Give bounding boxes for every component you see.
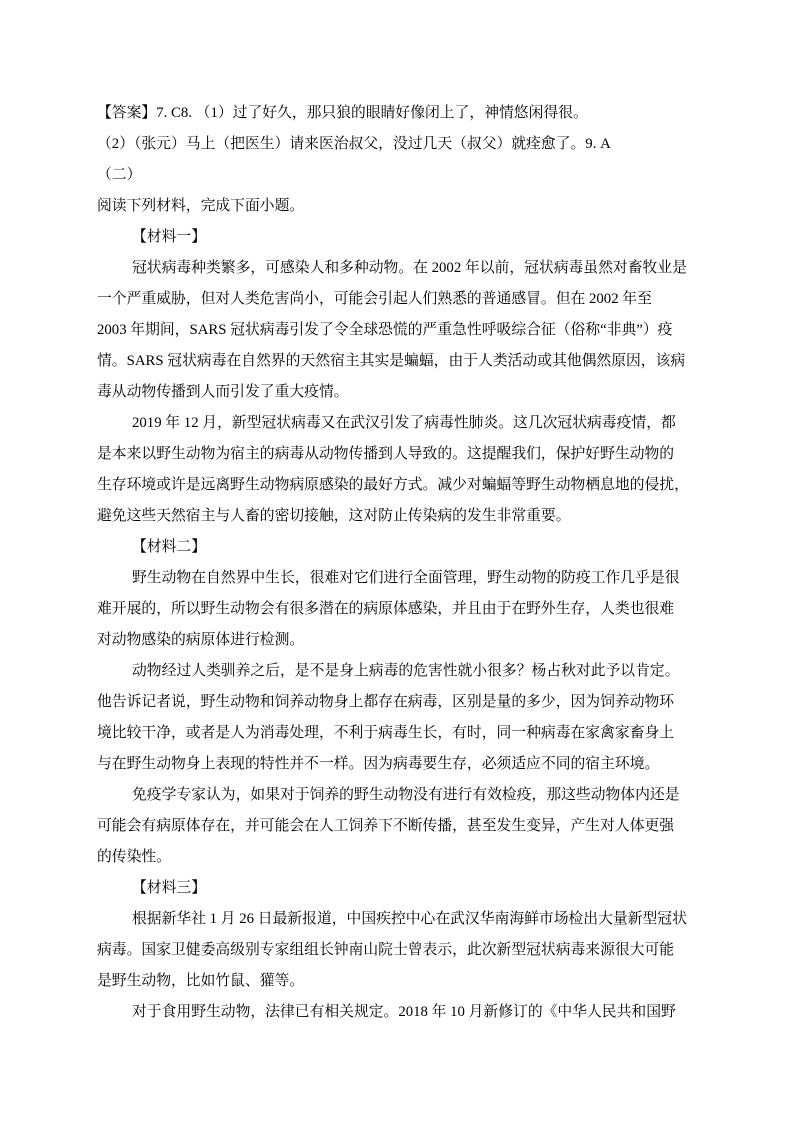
paragraph-line: 情。SARS 冠状病毒在自然界的天然宿主其实是蝙蝠，由于人类活动或其他偶然原因，…: [97, 346, 697, 377]
paragraph-line: 与在野生动物身上表现的特性并不一样。因为病毒要生存，必须适应不同的宿主环境。: [97, 749, 697, 780]
paragraph-line: 免疫学专家认为，如果对于饲养的野生动物没有进行有效检疫，那这些动物体内还是: [132, 780, 697, 811]
answer-line: 【答案】7. C8. （1）过了好久，那只狼的眼睛好像闭上了，神情悠闲得很。: [97, 98, 697, 129]
paragraph-line: 境比较干净，或者是人为消毒处理，不利于病毒生长，有时，同一种病毒在家禽家畜身上: [97, 718, 697, 749]
paragraph-line: 根据新华社 1 月 26 日最新报道，中国疾控中心在武汉华南海鲜市场检出大量新型…: [132, 904, 697, 935]
material-heading: 【材料一】: [132, 222, 697, 253]
paragraph-line: 生存环境或许是远离野生动物病原感染的最好方式。减少对蝙蝠等野生动物栖息地的侵扰，: [97, 470, 697, 501]
paragraph-line: 毒从动物传播到人而引发了重大疫情。: [97, 377, 697, 408]
paragraph-line: 是本来以野生动物为宿主的病毒从动物传播到人导致的。这提醒我们，保护好野生动物的: [97, 439, 697, 470]
paragraph-line: 是野生动物，比如竹鼠、獾等。: [97, 966, 697, 997]
paragraph-line: 避免这些天然宿主与人畜的密切接触，这对防止传染病的发生非常重要。: [97, 501, 697, 532]
paragraph-line: 对于食用野生动物，法律已有相关规定。2018 年 10 月新修订的《中华人民共和…: [132, 997, 697, 1028]
paragraph-line: 病毒。国家卫健委高级别专家组组长钟南山院士曾表示，此次新型冠状病毒来源很大可能: [97, 935, 697, 966]
instruction-line: 阅读下列材料，完成下面小题。: [97, 191, 697, 222]
paragraph-line: 对动物感染的病原体进行检测。: [97, 625, 697, 656]
paragraph-line: 野生动物在自然界中生长，很难对它们进行全面管理，野生动物的防疫工作几乎是很: [132, 563, 697, 594]
section-number: （二）: [97, 160, 697, 191]
paragraph-line: 的传染性。: [97, 842, 697, 873]
answer-line: （2）（张元）马上（把医生）请来医治叔父，没过几天（叔父）就痊愈了。9. A: [97, 129, 697, 160]
document-text-block: 【答案】7. C8. （1）过了好久，那只狼的眼睛好像闭上了，神情悠闲得很。 （…: [97, 98, 697, 1028]
material-heading: 【材料二】: [132, 532, 697, 563]
paragraph-line: 2003 年期间，SARS 冠状病毒引发了令全球恐慌的严重急性呼吸综合征（俗称“…: [97, 315, 697, 346]
paragraph-line: 2019 年 12 月，新型冠状病毒又在武汉引发了病毒性肺炎。这几次冠状病毒疫情…: [132, 408, 697, 439]
paragraph-line: 他告诉记者说，野生动物和饲养动物身上都存在病毒，区别是量的多少，因为饲养动物环: [97, 687, 697, 718]
paragraph-line: 冠状病毒种类繁多，可感染人和多种动物。在 2002 年以前，冠状病毒虽然对畜牧业…: [132, 253, 697, 284]
paragraph-line: 动物经过人类驯养之后，是不是身上病毒的危害性就小很多？杨占秋对此予以肯定。: [132, 656, 697, 687]
material-heading: 【材料三】: [132, 873, 697, 904]
paragraph-line: 可能会有病原体存在，并可能会在人工饲养下不断传播，甚至发生变异，产生对人体更强: [97, 811, 697, 842]
paragraph-line: 难开展的，所以野生动物会有很多潜在的病原体感染，并且由于在野外生存，人类也很难: [97, 594, 697, 625]
document-page: 【答案】7. C8. （1）过了好久，那只狼的眼睛好像闭上了，神情悠闲得很。 （…: [0, 0, 794, 1123]
paragraph-line: 一个严重威胁，但对人类危害尚小，可能会引起人们熟悉的普通感冒。但在 2002 年…: [97, 284, 697, 315]
